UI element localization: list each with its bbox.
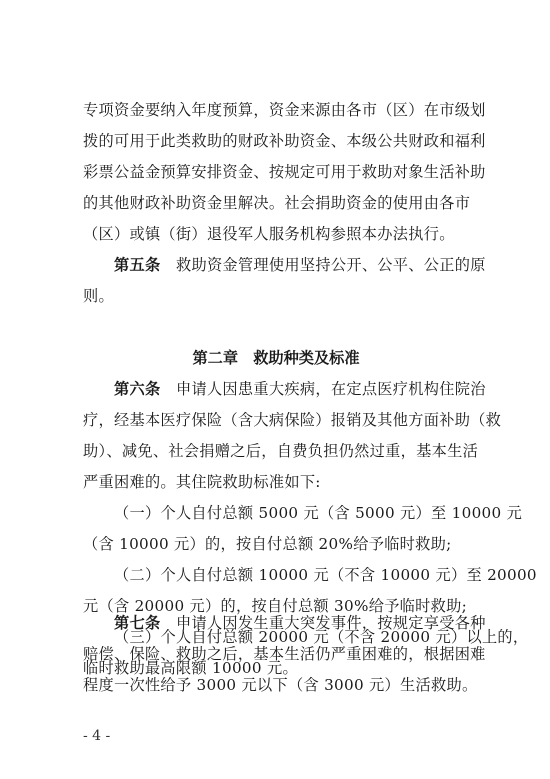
- paragraph-line: 的其他财政补助资金里解决。社会捐助资金的使用由各市: [83, 188, 469, 219]
- page-number: - 4 -: [83, 728, 110, 744]
- article-5: 第五条 救助资金管理使用坚持公开、公平、公正的原: [83, 250, 469, 281]
- list-item-1-cont: （含 10000 元）的，按自付总额 20%给予临时救助;: [83, 529, 469, 560]
- list-item-1: （一）个人自付总额 5000 元（含 5000 元）至 10000 元: [83, 498, 469, 529]
- article-text: 申请人因患重大疾病，在定点医疗机构住院治: [176, 380, 486, 398]
- paragraph-line: 疗，经基本医疗保险（含大病保险）报销及其他方面补助（救: [83, 405, 469, 436]
- paragraph-line: 则。: [83, 281, 469, 312]
- paragraph-line: 程度一次性给予 3000 元以下（含 3000 元）生活救助。: [83, 670, 469, 701]
- article-label: 第六条: [114, 380, 160, 398]
- article-label: 第七条: [114, 614, 160, 632]
- article-label: 第五条: [114, 256, 160, 274]
- paragraph-line: 严重困难的。其住院救助标准如下:: [83, 467, 469, 498]
- paragraph-line: 助）、减免、社会捐赠之后，自费负担仍然过重，基本生活: [83, 436, 469, 467]
- article-6: 第六条 申请人因患重大疾病，在定点医疗机构住院治: [83, 374, 469, 405]
- article-7: 第七条 申请人因发生重大突发事件，按规定享受各种: [83, 608, 469, 639]
- list-item-2: （二）个人自付总额 10000 元（不含 10000 元）至 20000: [83, 560, 469, 591]
- paragraph-line: 赔偿、保险、救助之后，基本生活仍严重困难的，根据困难: [83, 639, 469, 670]
- chapter-heading: 第二章 救助种类及标准: [83, 343, 469, 374]
- article-text: 救助资金管理使用坚持公开、公平、公正的原: [176, 256, 486, 274]
- paragraph-line: 专项资金要纳入年度预算，资金来源由各市（区）在市级划: [83, 95, 469, 126]
- paragraph-line: 彩票公益金预算安排资金、按规定可用于救助对象生活补助: [83, 157, 469, 188]
- paragraph-line: 拨的可用于此类救助的财政补助资金、本级公共财政和福利: [83, 126, 469, 157]
- paragraph-line: （区）或镇（街）退役军人服务机构参照本办法执行。: [83, 219, 469, 250]
- article-text: 申请人因发生重大突发事件，按规定享受各种: [176, 614, 486, 632]
